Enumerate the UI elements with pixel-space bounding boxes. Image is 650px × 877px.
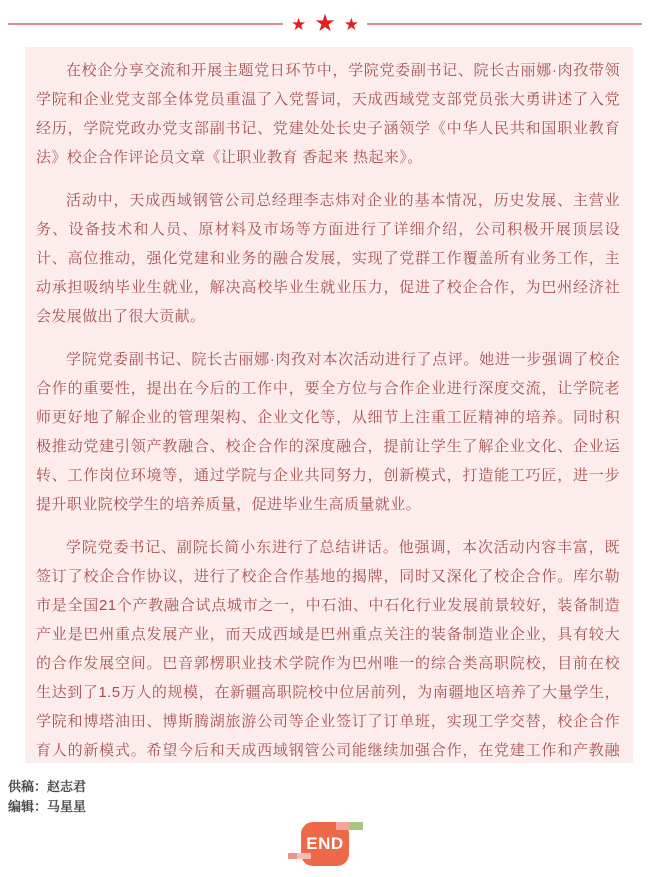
pink-bar-segment <box>336 822 349 830</box>
paragraph-1: 在校企分享交流和开展主题党日环节中，学院党委副书记、院长古丽娜·肉孜带领学院和企… <box>36 56 620 172</box>
end-badge-label: END <box>306 834 343 854</box>
paragraph-2: 活动中，天成西域钢管公司总经理李志炜对企业的基本情况，历史发展、主营业务、设备技… <box>36 186 620 331</box>
article-page: ★ ★ ★ 在校企分享交流和开展主题党日环节中，学院党委副书记、院长古丽娜·肉孜… <box>0 0 650 877</box>
contributor-label: 供稿： <box>8 779 47 794</box>
end-badge-bottom-bar <box>288 853 311 859</box>
divider-line-right <box>367 23 642 25</box>
pink-bar-light-segment <box>297 853 311 859</box>
paragraph-4: 学院党委书记、副院长简小东进行了总结讲话。他强调，本次活动内容丰富，既签订了校企… <box>36 533 620 763</box>
credits: 供稿：赵志君 编辑：马星星 <box>8 777 650 817</box>
green-bar-segment <box>349 822 363 830</box>
contributor-row: 供稿：赵志君 <box>8 777 650 797</box>
star-icon: ★ <box>314 12 336 36</box>
editor-name: 马星星 <box>47 799 86 814</box>
star-icon: ★ <box>344 16 359 33</box>
editor-label: 编辑： <box>8 799 47 814</box>
end-badge: END <box>301 822 349 866</box>
star-icon: ★ <box>291 16 306 33</box>
star-divider: ★ ★ ★ <box>8 11 642 37</box>
paragraph-3: 学院党委副书记、院长古丽娜·肉孜对本次活动进行了点评。她进一步强调了校企合作的重… <box>36 345 620 519</box>
editor-row: 编辑：马星星 <box>8 797 650 817</box>
article-body: 在校企分享交流和开展主题党日环节中，学院党委副书记、院长古丽娜·肉孜带领学院和企… <box>25 47 633 763</box>
end-badge-top-bar <box>336 822 363 830</box>
divider-line-left <box>8 23 283 25</box>
contributor-name: 赵志君 <box>47 779 86 794</box>
pink-bar-dark-segment <box>288 853 297 859</box>
